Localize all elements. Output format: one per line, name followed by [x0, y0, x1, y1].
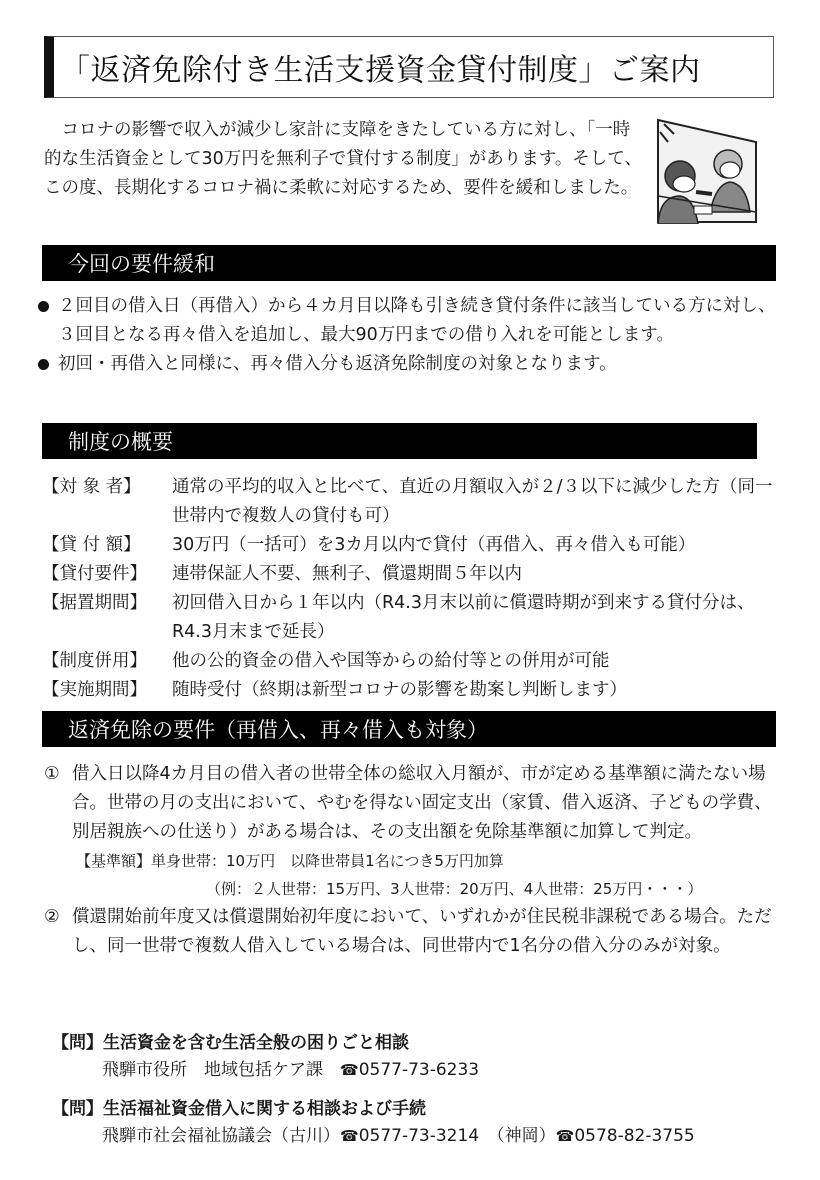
intro: コロナの影響で収入が減少し家計に支障をきたしている方に対し、「一時的な生活資金と…: [44, 116, 644, 203]
requirement-item: ② 償還開始前年度又は償還開始初年度において、いずれかが住民税非課税である場合。…: [44, 903, 782, 961]
phone-number[interactable]: 0577-73-3214: [359, 1126, 479, 1146]
inquiry-marker: 【問】: [52, 1099, 103, 1119]
contact-office: 飛騨市社会福祉協議会（古川）: [102, 1126, 340, 1146]
contact-office: 飛騨市役所 地域包括ケア課: [102, 1060, 340, 1080]
relaxation-list: ２回目の借入日（再借入）から４カ月目以降も引き続き貸付条件に該当している方に対し…: [36, 292, 781, 379]
overview-text: 30万円（一括可）を3カ月以内で貸付（再借入、再々借入も可能）: [172, 531, 782, 560]
contact-info: 飛騨市役所 地域包括ケア課 ☎0577-73-6233: [52, 1056, 792, 1084]
item-number: ①: [44, 760, 72, 847]
contact-title: 生活資金を含む生活全般の困りごと相談: [103, 1033, 409, 1053]
overview-label: 【実施期間】: [42, 676, 172, 705]
contact-heading: 【問】生活福祉資金借入に関する相談および手続: [52, 1096, 792, 1122]
counter-consultation-illustration: [650, 112, 762, 224]
contact-info: 飛騨市社会福祉協議会（古川）☎0577-73-3214 （神岡）☎0578-82…: [52, 1122, 792, 1150]
branch-label: （神岡）: [479, 1126, 556, 1146]
overview-label: 【貸 付 額】: [42, 531, 172, 560]
phone-icon: ☎: [340, 1127, 359, 1145]
section-header-exemption: 返済免除の要件（再借入、再々借入も対象）: [42, 711, 776, 747]
overview-text: 他の公的資金の借入や国等からの給付等との併用が可能: [172, 647, 782, 676]
overview-text: 連帯保証人不要、無利子、償還期間５年以内: [172, 560, 782, 589]
contact-title: 生活福祉資金借入に関する相談および手続: [103, 1099, 426, 1119]
overview-text: 通常の平均的収入と比べて、直近の月額収入が２/３以下に減少した方（同一世帯内で複…: [172, 473, 782, 531]
phone-icon: ☎: [556, 1127, 575, 1145]
overview-row: 【対 象 者】 通常の平均的収入と比べて、直近の月額収入が２/３以下に減少した方…: [42, 473, 782, 531]
page-title: 「返済免除付き生活支援資金貸付制度」ご案内: [60, 45, 701, 89]
section-heading: 返済免除の要件（再借入、再々借入も対象）: [68, 714, 488, 744]
overview-text: 初回借入日から１年以内（R4.3月末以前に償還時期が到来する貸付分は、R4.3月…: [172, 589, 782, 647]
contact-block: 【問】生活福祉資金借入に関する相談および手続 飛騨市社会福祉協議会（古川）☎05…: [52, 1096, 792, 1150]
section-header-overview: 制度の概要: [42, 423, 757, 459]
overview-row: 【据置期間】 初回借入日から１年以内（R4.3月末以前に償還時期が到来する貸付分…: [42, 589, 782, 647]
overview-text: 随時受付（終期は新型コロナの影響を勘案し判断します）: [172, 676, 782, 705]
intro-text: コロナの影響で収入が減少し家計に支障をきたしている方に対し、「一時的な生活資金と…: [44, 116, 644, 203]
contact-heading: 【問】生活資金を含む生活全般の困りごと相談: [52, 1030, 792, 1056]
section-header-relaxation: 今回の要件緩和: [42, 245, 776, 281]
contacts: 【問】生活資金を含む生活全般の困りごと相談 飛騨市役所 地域包括ケア課 ☎057…: [52, 1030, 792, 1162]
base-amount-line: 【基準額】単身世帯：10万円 以降世帯員1名につき5万円加算: [76, 847, 782, 875]
title-box: 「返済免除付き生活支援資金貸付制度」ご案内: [44, 36, 774, 98]
base-amount-example: （例：２人世帯：15万円、3人世帯：20万円、4人世帯：25万円・・・）: [76, 875, 782, 903]
base-amount: 【基準額】単身世帯：10万円 以降世帯員1名につき5万円加算 （例：２人世帯：1…: [76, 847, 782, 903]
phone-number[interactable]: 0578-82-3755: [574, 1126, 694, 1146]
illustration-icon: [650, 112, 762, 224]
overview-label: 【対 象 者】: [42, 473, 172, 531]
overview-row: 【制度併用】 他の公的資金の借入や国等からの給付等との併用が可能: [42, 647, 782, 676]
overview-row: 【貸 付 額】 30万円（一括可）を3カ月以内で貸付（再借入、再々借入も可能）: [42, 531, 782, 560]
item-text: 借入日以降4カ月目の借入者の世帯全体の総収入月額が、市が定める基準額に満たない場…: [72, 760, 782, 847]
phone-icon: ☎: [340, 1061, 359, 1079]
section-heading: 今回の要件緩和: [68, 248, 215, 278]
overview-row: 【実施期間】 随時受付（終期は新型コロナの影響を勘案し判断します）: [42, 676, 782, 705]
overview-label: 【制度併用】: [42, 647, 172, 676]
overview-label: 【据置期間】: [42, 589, 172, 647]
overview-label: 【貸付要件】: [42, 560, 172, 589]
section-heading: 制度の概要: [68, 426, 173, 456]
item-number: ②: [44, 903, 72, 961]
bullet-icon: [38, 301, 49, 312]
list-item: 初回・再借入と同様に、再々借入分も返済免除制度の対象となります。: [36, 350, 781, 379]
bullet-icon: [38, 359, 49, 370]
item-text: 償還開始前年度又は償還開始初年度において、いずれかが住民税非課税である場合。ただ…: [72, 903, 782, 961]
exemption-requirements: ① 借入日以降4カ月目の借入者の世帯全体の総収入月額が、市が定める基準額に満たな…: [44, 760, 782, 961]
overview-list: 【対 象 者】 通常の平均的収入と比べて、直近の月額収入が２/３以下に減少した方…: [42, 473, 782, 705]
phone-number[interactable]: 0577-73-6233: [359, 1060, 479, 1080]
contact-block: 【問】生活資金を含む生活全般の困りごと相談 飛騨市役所 地域包括ケア課 ☎057…: [52, 1030, 792, 1084]
requirement-item: ① 借入日以降4カ月目の借入者の世帯全体の総収入月額が、市が定める基準額に満たな…: [44, 760, 782, 847]
overview-row: 【貸付要件】 連帯保証人不要、無利子、償還期間５年以内: [42, 560, 782, 589]
list-item: ２回目の借入日（再借入）から４カ月目以降も引き続き貸付条件に該当している方に対し…: [36, 292, 781, 350]
inquiry-marker: 【問】: [52, 1033, 103, 1053]
